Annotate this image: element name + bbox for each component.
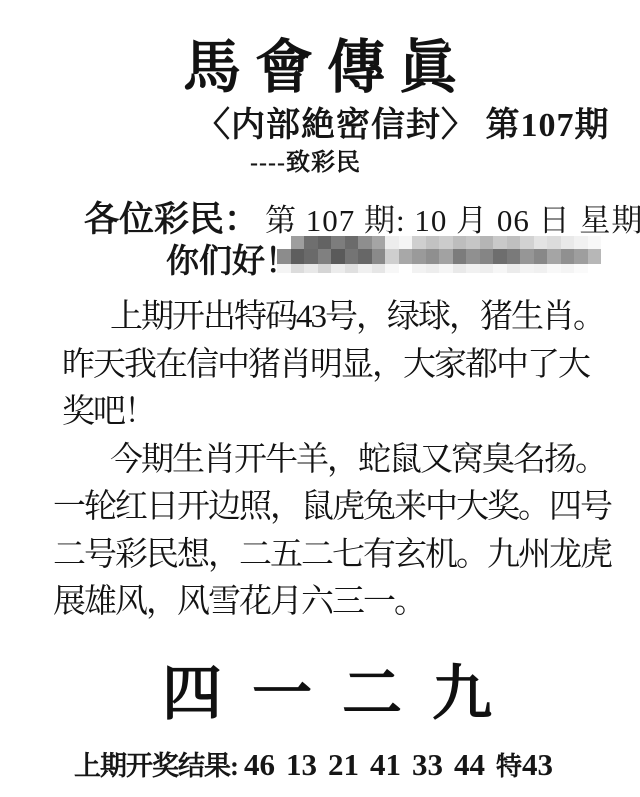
- fax-sheet: 馬會傳眞 〈内部絶密信封〉 第107期 ----致彩民 各位彩民：第 107 期…: [0, 0, 640, 797]
- results-label: 上期开奖结果:: [74, 751, 238, 781]
- prediction-character: 九: [432, 646, 492, 732]
- previous-results-line: 上期开奖结果:461321413344特43: [74, 744, 553, 783]
- body-line-p2-3: 二号彩民想，二五二七有玄机。九州龙虎: [53, 528, 611, 575]
- body-line-p1-3: 奖吧！: [62, 385, 155, 432]
- redacted-mosaic: [277, 236, 601, 273]
- prediction-numbers: 四一二九: [0, 646, 640, 732]
- result-number: 13: [286, 747, 317, 783]
- page-title: 馬會傳眞: [0, 20, 640, 104]
- result-number: 33: [412, 747, 443, 783]
- prediction-character: 二: [342, 646, 402, 732]
- result-number: 46: [244, 747, 275, 783]
- body-line-p2-1: 今期生肖开牛羊，蛇鼠又窝臭名扬。: [110, 433, 606, 480]
- prediction-character: 一: [252, 646, 312, 732]
- body-line-p1-2: 昨天我在信中猪肖明显，大家都中了大: [62, 338, 589, 385]
- dedication-line: ----致彩民: [250, 142, 361, 177]
- issue-subtitle: 〈内部絶密信封〉 第107期: [196, 97, 610, 146]
- results-numbers: 461321413344: [244, 747, 496, 782]
- body-line-p2-2: 一轮红日开边照，鼠虎兔来中大奖。四号: [53, 480, 611, 527]
- special-number-prefix: 特: [496, 752, 522, 781]
- result-number: 41: [370, 747, 401, 783]
- issue-date: 第 107 期: 10 月 06 日 星期一: [265, 203, 640, 238]
- prediction-character: 四: [162, 646, 222, 732]
- result-number: 44: [454, 747, 485, 783]
- result-number: 21: [328, 747, 359, 783]
- greeting-salutation: 各位彩民：: [84, 200, 259, 239]
- body-line-p2-4: 展雄风，风雪花月六三一。: [53, 575, 425, 622]
- body-line-p1-1: 上期开出特码43号，绿球，猪生肖。: [110, 290, 604, 337]
- special-number: 43: [522, 747, 553, 782]
